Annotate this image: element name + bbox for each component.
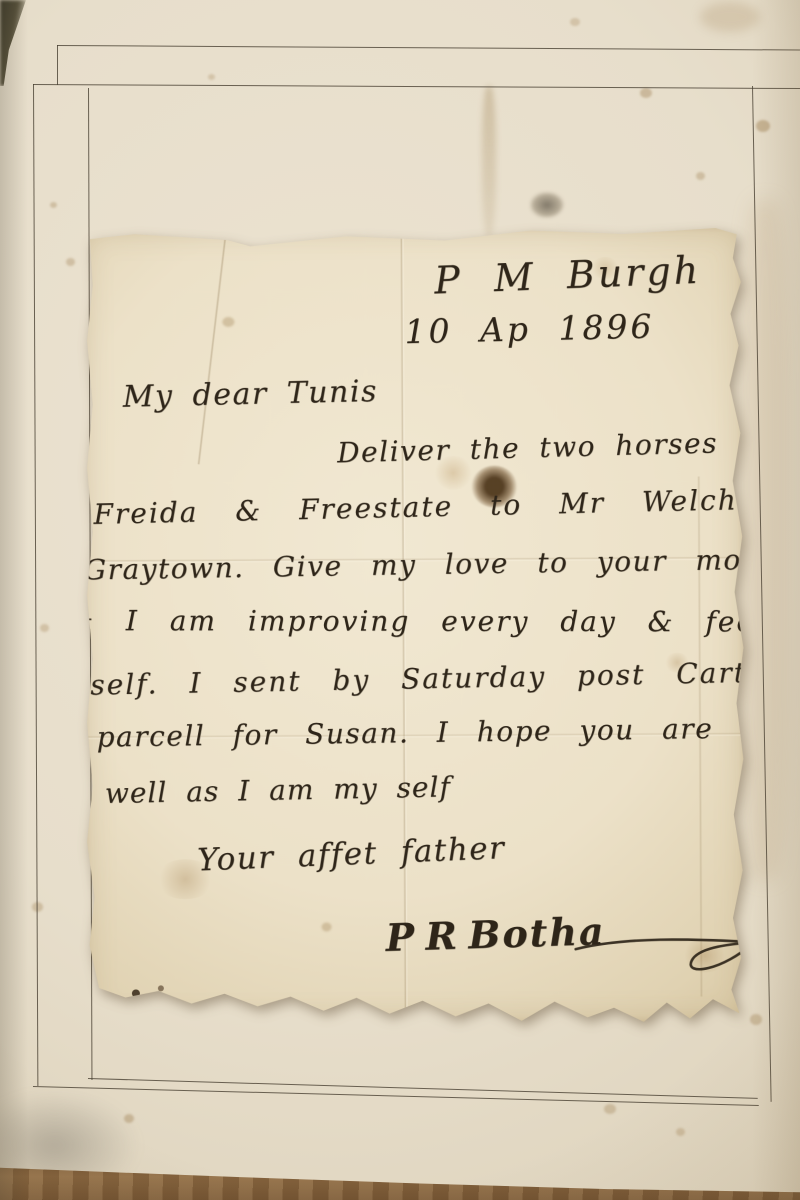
stain bbox=[640, 88, 652, 98]
stain bbox=[40, 624, 49, 632]
ruled-border-line bbox=[752, 86, 772, 1102]
stain bbox=[322, 922, 332, 931]
stain bbox=[734, 296, 768, 324]
stain bbox=[604, 1104, 616, 1114]
stain bbox=[676, 1128, 685, 1136]
stain bbox=[66, 258, 75, 266]
worm-hole bbox=[158, 985, 164, 991]
ruled-border-line bbox=[33, 1086, 759, 1106]
album-page-photo: P M Burgh 10 Ap 1896 My dear Tunis Deliv… bbox=[0, 0, 800, 1200]
letter-paper: P M Burgh 10 Ap 1896 My dear Tunis Deliv… bbox=[82, 226, 746, 1024]
letter-body-line: & I am improving every day & feel my bbox=[68, 604, 800, 638]
letter-body-line: self. I sent by Saturday post Cart a bbox=[90, 655, 797, 702]
stain bbox=[570, 18, 580, 26]
ruled-border-line bbox=[33, 84, 38, 1086]
stain bbox=[124, 1114, 134, 1123]
letter-date-line: 10 Ap 1896 bbox=[404, 307, 655, 352]
album-spine-corner bbox=[0, 0, 26, 86]
ruled-border-line bbox=[57, 45, 58, 85]
letter-body-line: parcell for Susan. I hope you are all bbox=[96, 711, 780, 754]
stain bbox=[700, 2, 760, 32]
letter-body-line: well as I am my self bbox=[105, 770, 452, 810]
desk-edge bbox=[0, 1148, 800, 1200]
stain bbox=[208, 74, 215, 80]
ruled-border-line bbox=[57, 45, 800, 51]
stain bbox=[696, 172, 705, 180]
stain bbox=[482, 86, 496, 236]
letter-closing: Your affet father bbox=[197, 830, 506, 878]
letter-salutation: My dear Tunis bbox=[122, 374, 378, 415]
signature-flourish bbox=[574, 918, 800, 979]
ruled-border-line bbox=[33, 84, 800, 89]
stain bbox=[222, 317, 234, 327]
letter-body-line: Freida & Freestate to Mr Welch in bbox=[93, 482, 800, 531]
stain bbox=[756, 120, 770, 132]
worm-hole bbox=[132, 989, 140, 997]
stain bbox=[530, 192, 564, 218]
stain bbox=[50, 202, 57, 208]
stain bbox=[750, 1014, 762, 1025]
letter-paper-sheet: P M Burgh 10 Ap 1896 My dear Tunis Deliv… bbox=[82, 226, 746, 1024]
letter-body-line: Deliver the two horses bbox=[337, 426, 719, 469]
letter-body-line: Graytown. Give my love to your mother bbox=[83, 542, 800, 586]
letter-place-line: P M Burgh bbox=[433, 248, 702, 303]
fold-crease bbox=[197, 236, 227, 465]
